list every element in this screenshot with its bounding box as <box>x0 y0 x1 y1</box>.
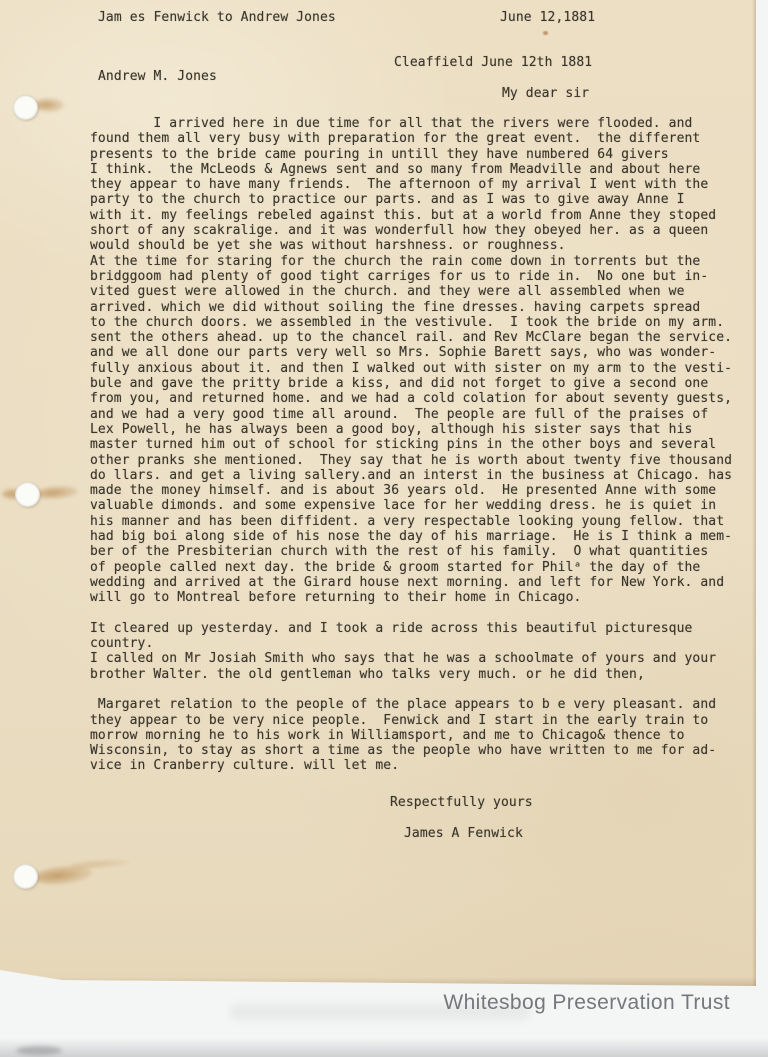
paper-bottom-edge-shadow <box>0 977 756 987</box>
paper-right-edge-shadow <box>752 0 756 987</box>
archive-caption-date: June 12,1881 <box>500 10 595 25</box>
hole-punch-top <box>13 95 38 120</box>
hole-punch-middle <box>15 482 40 507</box>
watermark-text: Whitesbog Preservation Trust <box>443 991 730 1015</box>
letter-dateline: Cleaffield June 12th 1881 <box>394 55 592 70</box>
paper-speck <box>543 31 548 35</box>
archive-caption-names: Jam es Fenwick to Andrew Jones <box>98 10 336 25</box>
rust-stain-middle-right <box>36 485 79 501</box>
signature-line: James A Fenwick <box>404 826 523 841</box>
closing-line: Respectfully yours <box>390 795 533 810</box>
rust-stain-top <box>34 98 64 112</box>
scanned-letter-page: Jam es Fenwick to Andrew Jones June 12,1… <box>0 0 768 1057</box>
hole-punch-bottom <box>13 864 38 889</box>
scan-bottom-smudge <box>16 1046 62 1055</box>
salutation: My dear sir <box>502 86 589 101</box>
recipient-name: Andrew M. Jones <box>98 69 217 84</box>
scan-bottom-shadow <box>0 1038 768 1057</box>
rust-stain-bottom-tail <box>70 858 130 870</box>
letter-paper-sheet: Jam es Fenwick to Andrew Jones June 12,1… <box>0 0 756 987</box>
letter-body: I arrived here in due time for all that … <box>90 116 732 774</box>
